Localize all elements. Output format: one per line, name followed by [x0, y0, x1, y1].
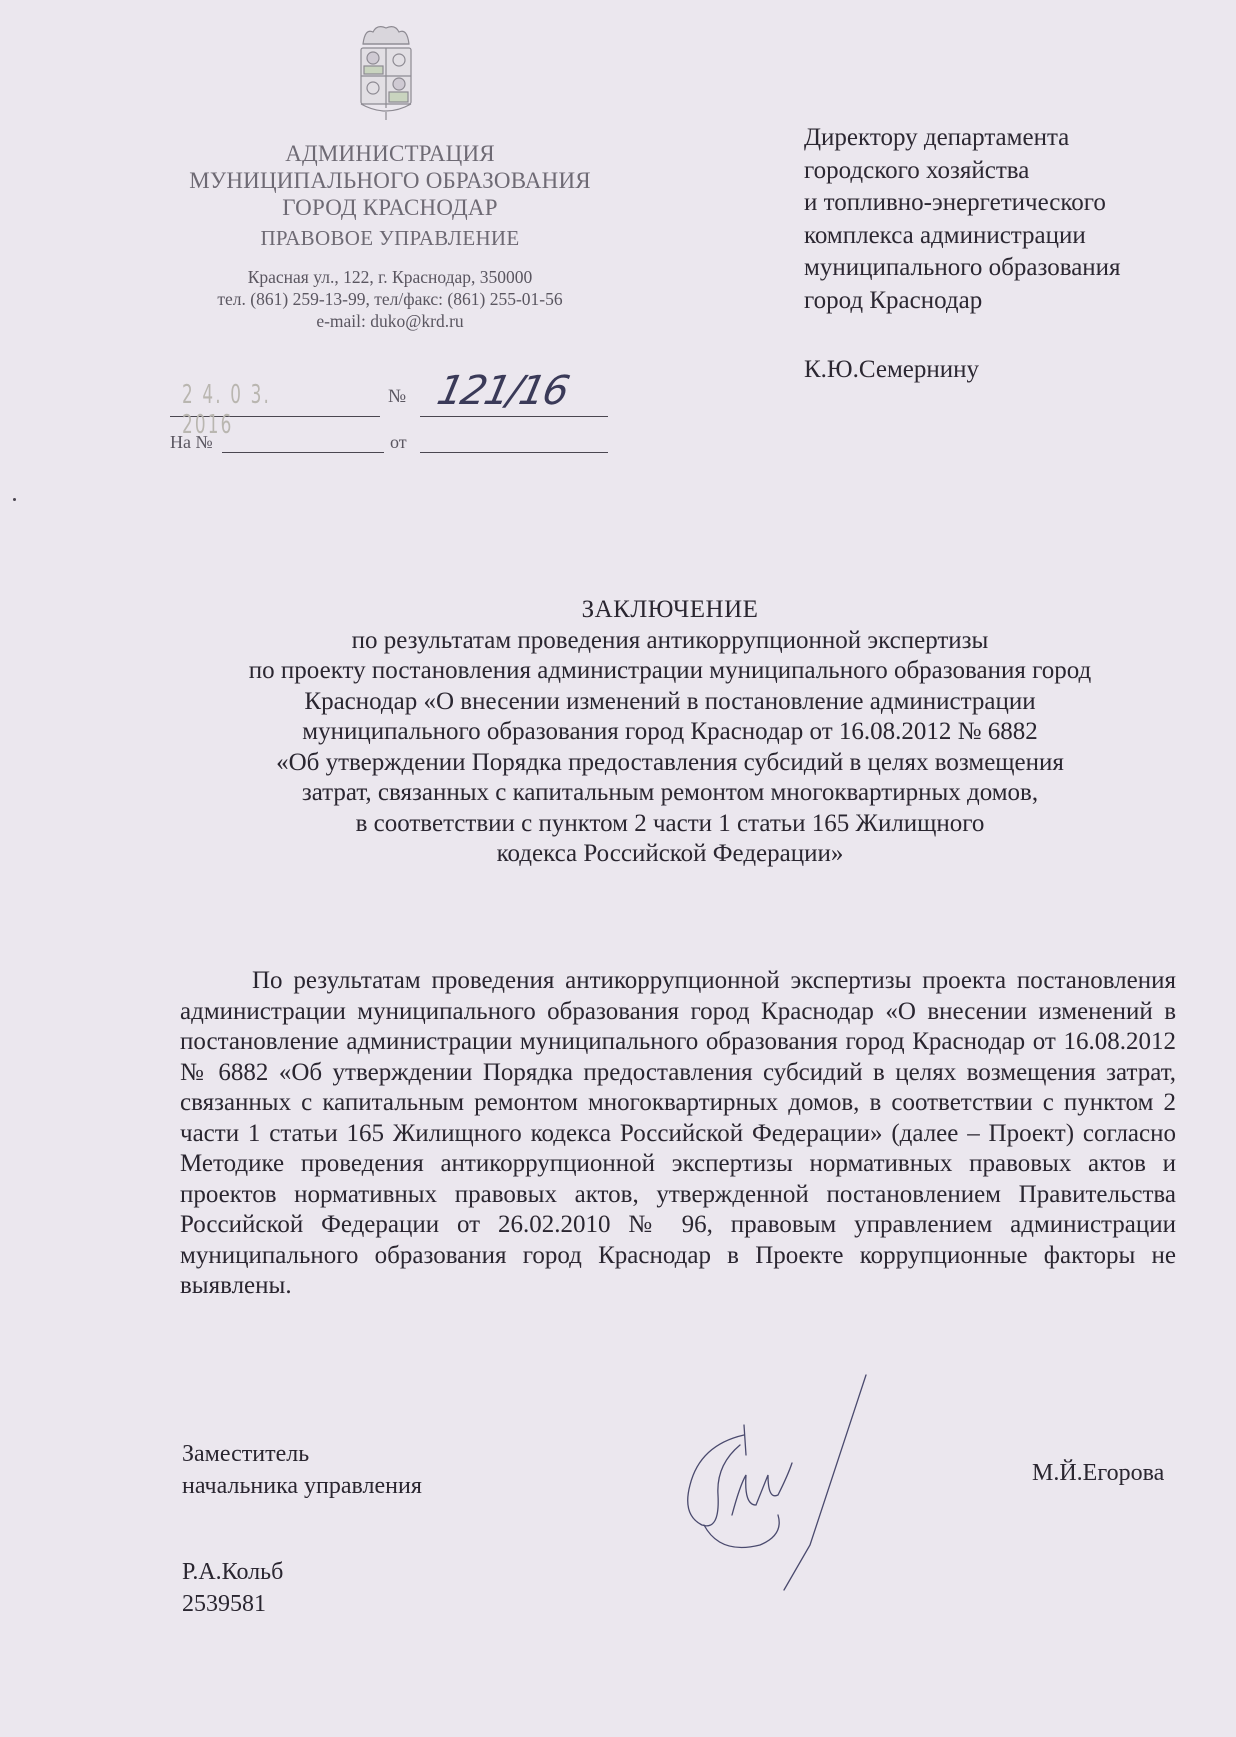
reply-number-blank [222, 452, 384, 453]
title-line: муниципального образования город Краснод… [150, 717, 1190, 748]
body-paragraph: По результатам проведения антикоррупцион… [180, 966, 1176, 1302]
title-heading: ЗАКЛЮЧЕНИЕ [150, 595, 1190, 626]
executor-name: Р.А.Кольб [182, 1556, 283, 1588]
coat-of-arms-icon [355, 22, 417, 122]
phones: тел. (861) 259-13-99, тел/факс: (861) 25… [150, 288, 630, 310]
reply-reference-line: На № от [170, 432, 610, 456]
number-field: 121/16 [420, 376, 608, 417]
date-stamp: 2 4. 0 3. 2016 [182, 380, 325, 440]
contact-info: Красная ул., 122, г. Краснодар, 350000 т… [150, 266, 630, 332]
signer-name: М.Й.Егорова [1032, 1460, 1164, 1487]
registration-line: 2 4. 0 3. 2016 № 121/16 [170, 376, 610, 416]
organization-name: АДМИНИСТРАЦИЯ МУНИЦИПАЛЬНОГО ОБРАЗОВАНИЯ… [150, 140, 630, 221]
paper-speck [13, 498, 16, 501]
reply-date-label: от [390, 432, 407, 453]
date-field: 2 4. 0 3. 2016 [170, 376, 380, 417]
title-line: Краснодар «О внесении изменений в постан… [150, 687, 1190, 718]
title-line: по результатам проведения антикоррупцион… [150, 626, 1190, 657]
addressee-line: город Краснодар [804, 285, 1204, 318]
signer-position-line1: Заместитель [182, 1438, 422, 1470]
executor-phone: 2539581 [182, 1588, 283, 1620]
handwritten-signature-icon [660, 1365, 900, 1595]
addressee-line: городского хозяйства [804, 155, 1204, 188]
addressee-line: муниципального образования [804, 252, 1204, 285]
number-label: № [388, 386, 406, 408]
addressee-line: Директору департамента [804, 122, 1204, 155]
reply-date-blank [420, 452, 608, 453]
document-title: ЗАКЛЮЧЕНИЕ по результатам проведения ант… [150, 595, 1190, 870]
title-line: по проекту постановления администрации м… [150, 656, 1190, 687]
executor-block: Р.А.Кольб 2539581 [182, 1556, 283, 1620]
title-line: кодекса Российской Федерации» [150, 839, 1190, 870]
reply-number-label: На № [170, 432, 213, 453]
org-line-2: МУНИЦИПАЛЬНОГО ОБРАЗОВАНИЯ [150, 167, 630, 194]
handwritten-number: 121/16 [433, 368, 572, 414]
signer-position-line2: начальника управления [182, 1470, 422, 1502]
title-line: затрат, связанных с капитальным ремонтом… [150, 778, 1190, 809]
addressee-block: Директору департамента городского хозяйс… [804, 122, 1204, 317]
addressee-line: комплекса администрации [804, 220, 1204, 253]
org-line-1: АДМИНИСТРАЦИЯ [150, 140, 630, 167]
signer-position: Заместитель начальника управления [182, 1438, 422, 1502]
department-name: ПРАВОВОЕ УПРАВЛЕНИЕ [150, 226, 630, 251]
title-line: «Об утверждении Порядка предоставления с… [150, 748, 1190, 779]
address: Красная ул., 122, г. Краснодар, 350000 [150, 266, 630, 288]
email: e-mail: duko@krd.ru [150, 310, 630, 332]
addressee-name: К.Ю.Семернину [804, 356, 979, 384]
title-line: в соответствии с пунктом 2 части 1 стать… [150, 809, 1190, 840]
addressee-line: и топливно-энергетического [804, 187, 1204, 220]
org-line-3: ГОРОД КРАСНОДАР [150, 194, 630, 221]
